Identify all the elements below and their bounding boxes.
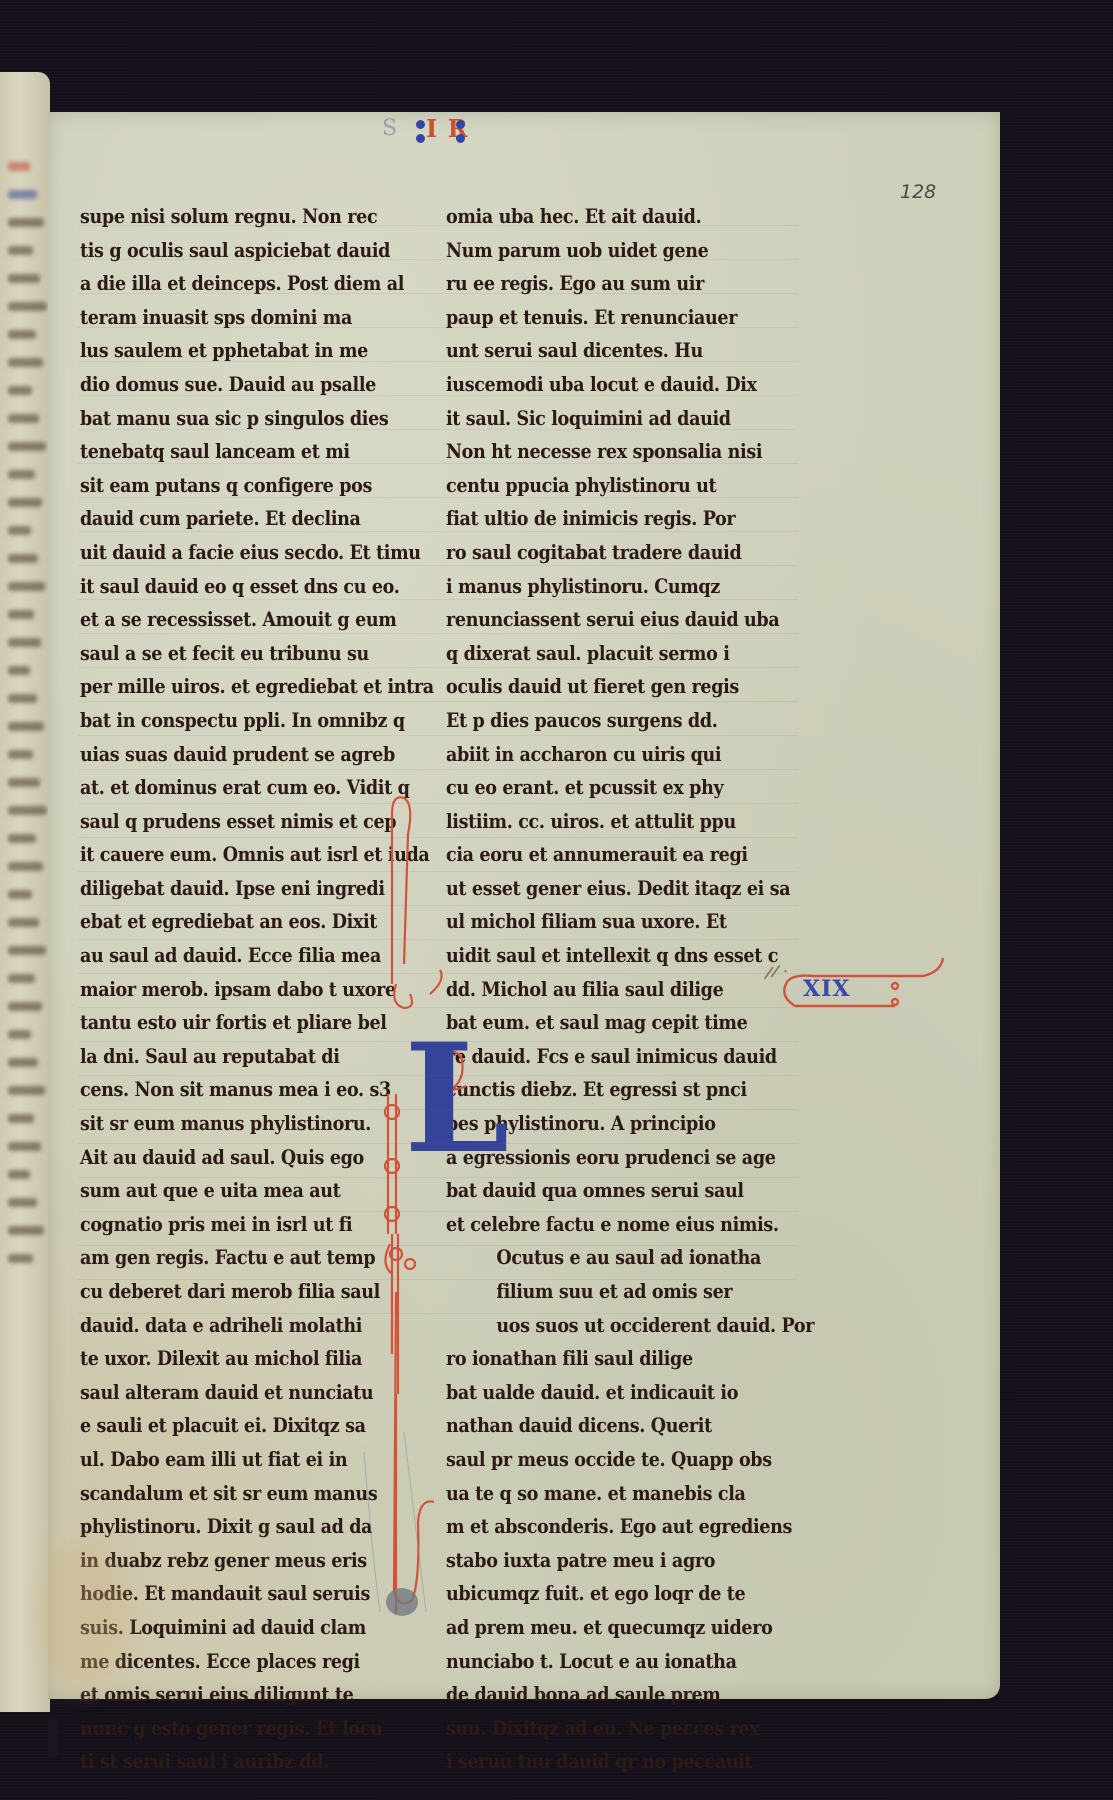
text-line: saul a se et fecit eu tribunu su xyxy=(80,637,368,671)
facing-page-text-ghost xyxy=(8,722,44,731)
text-line: centu ppucia phylistinoru ut xyxy=(446,469,743,503)
facing-page-text-ghost xyxy=(8,218,44,227)
text-line: ubicumqz fuit. et ego loqr de te xyxy=(446,1577,743,1611)
text-line: saul alteram dauid et nunciatu xyxy=(80,1376,368,1410)
text-line: sit sr eum manus phylistinoru. xyxy=(80,1107,368,1141)
facing-page-text-ghost xyxy=(8,1030,31,1039)
text-line: ti st serui saul i auribz dd. xyxy=(80,1745,368,1779)
marginal-note-mark-icon xyxy=(758,962,798,982)
text-line: et a se recessisset. Amouit g eum xyxy=(80,603,368,637)
facing-page-text-ghost xyxy=(8,806,47,815)
text-line: filium suu et ad omis ser xyxy=(446,1275,743,1309)
binding-tear xyxy=(48,1717,58,1757)
right-column: omia uba hec. Et ait dauid.Num parum uob… xyxy=(446,200,776,1779)
facing-page-text-ghost xyxy=(8,946,46,955)
text-line: ad prem meu. et quecumqz uidero xyxy=(446,1611,743,1645)
text-line: supe nisi solum regnu. Non rec xyxy=(80,200,368,234)
facing-page-text-ghost xyxy=(8,974,35,983)
text-line: ul. Dabo eam illi ut fiat ei in xyxy=(80,1443,368,1477)
text-line: Et p dies paucos surgens dd. xyxy=(446,704,743,738)
text-line: ul michol filiam sua uxore. Et xyxy=(446,905,743,939)
text-line: abiit in accharon cu uiris qui xyxy=(446,738,743,772)
facing-page-text-ghost xyxy=(8,554,38,563)
text-line: m et absconderis. Ego aut egrediens xyxy=(446,1510,743,1544)
text-line: ua te q so mane. et manebis cla xyxy=(446,1477,743,1511)
parchment-stain xyxy=(38,1542,128,1692)
text-line: fiat ultio de inimicis regis. Por xyxy=(446,502,743,536)
text-line: uit dauid a facie eius secdo. Et timu xyxy=(80,536,368,570)
chapter-number: XIX xyxy=(803,976,850,1002)
text-line: bat manu sua sic p singulos dies xyxy=(80,402,368,436)
text-line: it cauere eum. Omnis aut isrl et iuda xyxy=(80,838,368,872)
text-line: cu deberet dari merob filia saul xyxy=(80,1275,368,1309)
text-line: dd. Michol au filia saul dilige xyxy=(446,973,743,1007)
chapter-marker: XIX xyxy=(773,958,953,1018)
text-line: it saul. Sic loquimini ad dauid xyxy=(446,402,743,436)
facing-page-text-ghost xyxy=(8,1142,41,1151)
text-line: sit eam putans q configere pos xyxy=(80,469,368,503)
facing-page-text-ghost xyxy=(8,358,43,367)
text-line: nunc g esto gener regis. Et locu xyxy=(80,1712,368,1746)
text-line: paup et tenuis. Et renunciauer xyxy=(446,301,743,335)
text-line: ru ee regis. Ego au sum uir xyxy=(446,267,743,301)
text-line: sum aut que e uita mea aut xyxy=(80,1174,368,1208)
text-line: am gen regis. Factu e aut temp xyxy=(80,1241,368,1275)
running-head: S I R xyxy=(370,114,500,146)
facing-page-text-ghost xyxy=(8,302,47,311)
facing-page-text-ghost xyxy=(8,1170,30,1179)
facing-page-text-ghost xyxy=(8,526,31,535)
text-line: Ocutus e au saul ad ionatha xyxy=(446,1241,743,1275)
text-line: ebat et egrediebat an eos. Dixit xyxy=(80,905,368,939)
text-line: it saul dauid eo q esset dns cu eo. xyxy=(80,570,368,604)
text-line: per mille uiros. et egrediebat et intra xyxy=(80,670,368,704)
text-line: iuscemodi uba locut e dauid. Dix xyxy=(446,368,743,402)
text-line: dio domus sue. Dauid au psalle xyxy=(80,368,368,402)
facing-page-text-ghost xyxy=(8,330,36,339)
text-line: Ait au dauid ad saul. Quis ego xyxy=(80,1141,368,1175)
text-line: suu. Dixitqz ad eu. Ne pecces rex xyxy=(446,1712,743,1746)
text-line: cognatio pris mei in isrl ut fi xyxy=(80,1208,368,1242)
text-line: oculis dauid ut fieret gen regis xyxy=(446,670,743,704)
text-line: uidit saul et intellexit q dns esset c xyxy=(446,939,743,973)
text-line: lus saulem et pphetabat in me xyxy=(80,334,368,368)
text-line: renunciassent serui eius dauid uba xyxy=(446,603,743,637)
facing-page-text-ghost xyxy=(8,666,30,675)
facing-page-text-ghost xyxy=(8,610,34,619)
text-line: omia uba hec. Et ait dauid. xyxy=(446,200,743,234)
text-line: i manus phylistinoru. Cumqz xyxy=(446,570,743,604)
blue-dot-ornament xyxy=(416,120,425,129)
penwork-tail-icon xyxy=(344,1292,434,1622)
facing-page-text-ghost xyxy=(8,638,41,647)
text-line: maior merob. ipsam dabo t uxore xyxy=(80,973,368,1007)
text-line: et celebre factu e nome eius nimis. xyxy=(446,1208,743,1242)
text-line: stabo iuxta patre meu i agro xyxy=(446,1544,743,1578)
facing-page-text-ghost xyxy=(8,190,37,199)
facing-page-text-ghost xyxy=(8,1254,33,1263)
text-line: et omis serui eius diligunt te xyxy=(80,1678,368,1712)
blue-dot-ornament xyxy=(416,134,425,143)
facing-page-text-ghost xyxy=(8,1086,45,1095)
text-line: nathan dauid dicens. Querit xyxy=(446,1409,743,1443)
facing-page-text-ghost xyxy=(8,246,33,255)
text-line: la dni. Saul au reputabat di xyxy=(80,1040,368,1074)
folio-number: 128 xyxy=(900,181,936,203)
text-line: cu eo erant. et pcussit ex phy xyxy=(446,771,743,805)
text-line: a die illa et deinceps. Post diem al xyxy=(80,267,368,301)
text-line: at. et dominus erat cum eo. Vidit q xyxy=(80,771,368,805)
facing-page-text-ghost xyxy=(8,778,40,787)
text-line: teram inuasit sps domini ma xyxy=(80,301,368,335)
text-line: cens. Non sit manus mea i eo. s3 xyxy=(80,1073,368,1107)
text-line: q dixerat saul. placuit sermo i xyxy=(446,637,743,671)
text-line: te uxor. Dilexit au michol filia xyxy=(80,1342,368,1376)
text-line: dauid cum pariete. Et declina xyxy=(80,502,368,536)
facing-page-edge xyxy=(0,72,50,1712)
text-line: tis g oculis saul aspiciebat dauid xyxy=(80,234,368,268)
facing-page-text-ghost xyxy=(8,470,35,479)
text-line: bat ualde dauid. et indicauit io xyxy=(446,1376,743,1410)
blue-dot-ornament xyxy=(456,134,465,143)
text-line: cia eoru et annumerauit ea regi xyxy=(446,838,743,872)
text-line: bat in conspectu ppli. In omnibz q xyxy=(80,704,368,738)
facing-page-text-ghost xyxy=(8,862,43,871)
text-line: phylistinoru. Dixit g saul ad da xyxy=(80,1510,368,1544)
facing-page-text-ghost xyxy=(8,442,46,451)
facing-page-text-ghost xyxy=(8,1002,42,1011)
text-line: uos suos ut occiderent dauid. Por xyxy=(446,1309,743,1343)
manuscript-leaf: S I R 128 supe nisi solum regnu. Non rec… xyxy=(48,112,1000,1699)
facing-page-text-ghost xyxy=(8,750,33,759)
text-line: ro ionathan fili saul dilige xyxy=(446,1342,743,1376)
chapter-flourish-icon xyxy=(773,958,953,1018)
facing-page-text-ghost xyxy=(8,582,45,591)
text-line: unt serui saul dicentes. Hu xyxy=(446,334,743,368)
text-line: ut esset gener eius. Dedit itaqz ei sa xyxy=(446,872,743,906)
facing-page-text-ghost xyxy=(8,274,40,283)
facing-page-text-ghost xyxy=(8,1198,37,1207)
text-line: Non ht necesse rex sponsalia nisi xyxy=(446,435,743,469)
facing-page-text-ghost xyxy=(8,414,39,423)
facing-page-text-ghost xyxy=(8,834,36,843)
text-line: de dauid bona ad saule prem xyxy=(446,1678,743,1712)
text-line: ro saul cogitabat tradere dauid xyxy=(446,536,743,570)
facing-page-text-ghost xyxy=(8,890,32,899)
facing-page-text-ghost xyxy=(8,694,37,703)
text-line: tenebatq saul lanceam et mi xyxy=(80,435,368,469)
facing-page-text-ghost xyxy=(8,498,42,507)
initial-letter: L xyxy=(404,1024,509,1174)
facing-page-text-ghost xyxy=(8,1114,34,1123)
text-line: dauid. data e adriheli molathi xyxy=(80,1309,368,1343)
text-line: i seruu tuu dauid qr no peccauit xyxy=(446,1745,743,1779)
text-line: saul q prudens esset nimis et cep xyxy=(80,805,368,839)
text-line: au saul ad dauid. Ecce filia mea xyxy=(80,939,368,973)
running-head-ghost: S xyxy=(382,116,397,141)
facing-page-text-ghost xyxy=(8,162,30,171)
facing-page-text-ghost xyxy=(8,1058,38,1067)
facing-page-text-ghost xyxy=(8,918,39,927)
facing-page-text-ghost xyxy=(8,386,32,395)
text-line: nunciabo t. Locut e au ionatha xyxy=(446,1645,743,1679)
text-line: listiim. cc. uiros. et attulit ppu xyxy=(446,805,743,839)
text-line: diligebat dauid. Ipse eni ingredi xyxy=(80,872,368,906)
text-line: in duabz rebz gener meus eris xyxy=(80,1544,368,1578)
text-line: Num parum uob uidet gene xyxy=(446,234,743,268)
text-line: e sauli et placuit ei. Dixitqz sa xyxy=(80,1409,368,1443)
blue-dot-ornament xyxy=(456,120,465,129)
text-line: scandalum et sit sr eum manus xyxy=(80,1477,368,1511)
text-line: uias suas dauid prudent se agreb xyxy=(80,738,368,772)
text-line: saul pr meus occide te. Quapp obs xyxy=(446,1443,743,1477)
text-line: tantu esto uir fortis et pliare bel xyxy=(80,1006,368,1040)
facing-page-text-ghost xyxy=(8,1226,44,1235)
